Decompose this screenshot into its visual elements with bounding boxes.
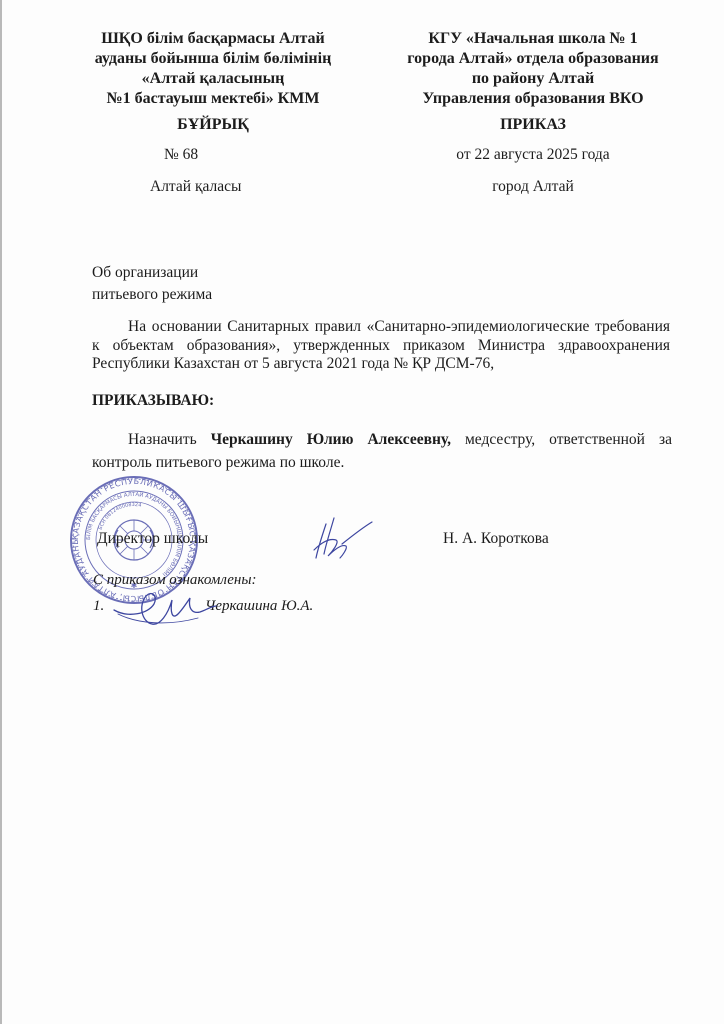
doc-type-kz: БҰЙРЫҚ bbox=[68, 116, 358, 134]
basis-paragraph: На основании Санитарных правил «Санитарн… bbox=[92, 318, 670, 374]
director-signature-icon bbox=[306, 508, 376, 564]
document-page: ШҚО білім басқармасы Алтай ауданы бойынш… bbox=[0, 0, 724, 1024]
header-ru: КГУ «Начальная школа № 1 города Алтай» о… bbox=[368, 29, 698, 109]
doc-type-ru: ПРИКАЗ bbox=[368, 116, 698, 134]
order-subject: Об организации питьевого режима bbox=[92, 262, 212, 306]
header-ru-line: города Алтай» отдела образования bbox=[368, 49, 698, 69]
city-kz: Алтай қаласы bbox=[100, 178, 280, 196]
director-title: Директор школы bbox=[97, 530, 208, 548]
order-item: Назначить Черкашину Юлию Алексеевну, мед… bbox=[92, 428, 672, 474]
scan-edge bbox=[0, 0, 2, 1024]
order-heading: ПРИКАЗЫВАЮ: bbox=[92, 392, 214, 410]
acknowledged-employee-name: Черкашина Ю.А. bbox=[205, 598, 313, 615]
order-date: от 22 августа 2025 года bbox=[368, 146, 698, 164]
header-kz-line: №1 бастауыш мектебі» КММ bbox=[68, 89, 358, 109]
header-kz-line: «Алтай қаласының bbox=[68, 69, 358, 89]
header-kz-line: ауданы бойынша білім бөлімінің bbox=[68, 49, 358, 69]
order-number: № 68 bbox=[100, 146, 280, 164]
subject-line: Об организации bbox=[92, 262, 212, 284]
header-ru-line: Управления образования ВКО bbox=[368, 89, 698, 109]
director-name: Н. А. Короткова bbox=[443, 530, 549, 548]
employee-signature-icon bbox=[108, 584, 218, 630]
subject-line: питьевого режима bbox=[92, 284, 212, 306]
header-kz: ШҚО білім басқармасы Алтай ауданы бойынш… bbox=[68, 29, 358, 109]
header-ru-line: по району Алтай bbox=[368, 69, 698, 89]
header-kz-line: ШҚО білім басқармасы Алтай bbox=[68, 29, 358, 49]
header-ru-line: КГУ «Начальная школа № 1 bbox=[368, 29, 698, 49]
appointee-name: Черкашину Юлию Алексеевну, bbox=[211, 431, 451, 448]
city-ru: город Алтай bbox=[368, 178, 698, 196]
order-item-prefix: Назначить bbox=[128, 431, 211, 448]
